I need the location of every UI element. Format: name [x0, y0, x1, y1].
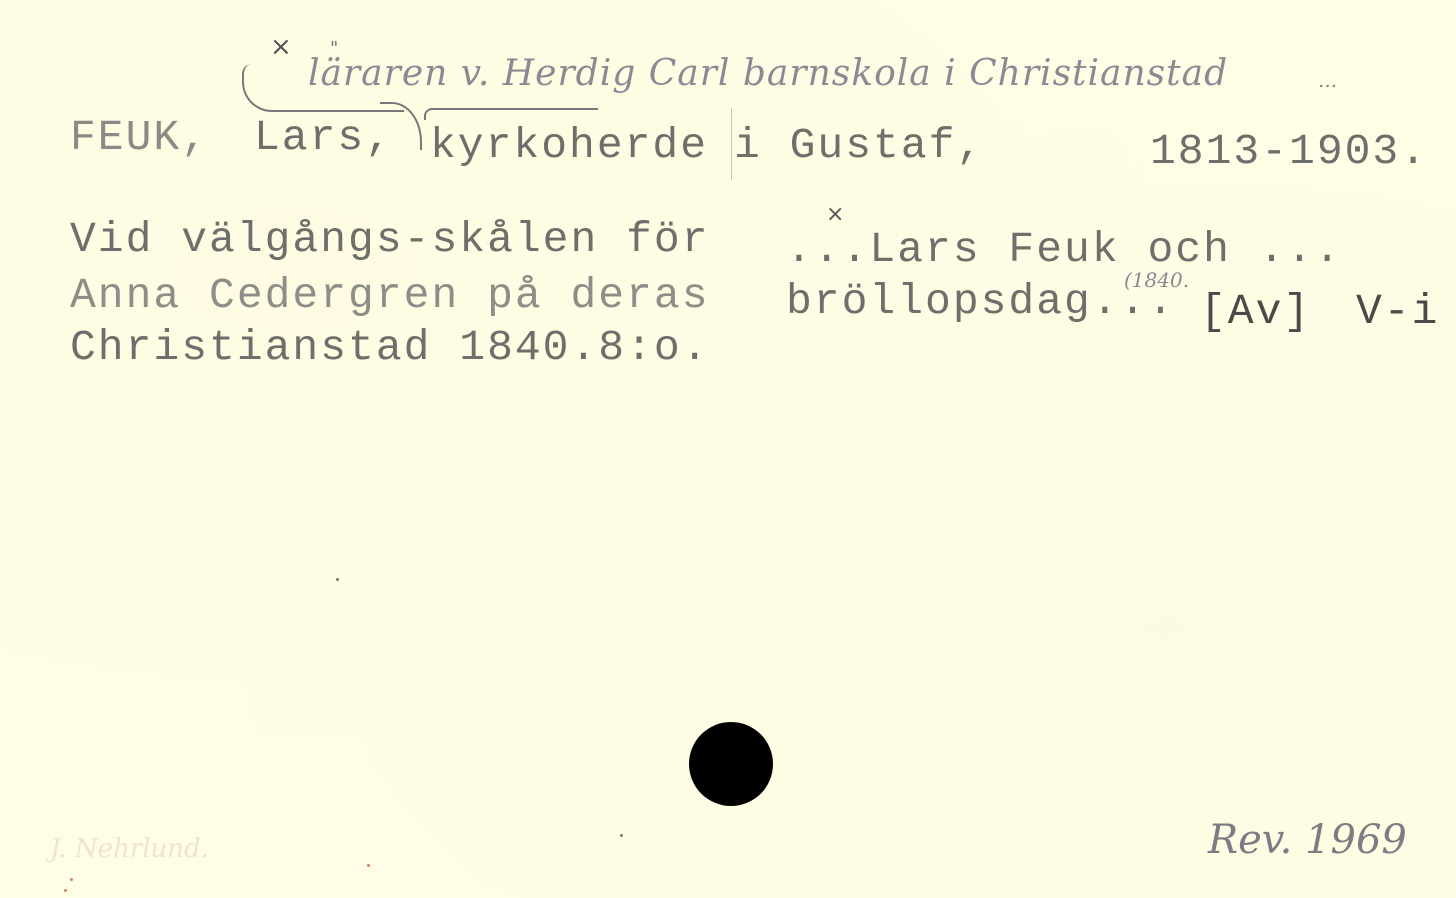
punch-hole: [689, 722, 773, 806]
handwritten-annotation: läraren v. Herdig Carl barnskola i Chris…: [308, 56, 1228, 92]
body-line3: Christianstad 1840.8:o.: [70, 326, 710, 369]
body-line1-right: ...Lars Feuk och ...: [786, 228, 1342, 271]
heading-surname: FEUK,: [70, 116, 209, 159]
body-line1-left: Vid välgångs-skålen för: [70, 218, 710, 261]
heading-dates: 1813-1903.: [1150, 130, 1428, 173]
paper-speck: [70, 878, 73, 881]
body-line2-author: [Av]: [1200, 290, 1311, 333]
handwritten-annotation-ellipsis: ...: [1318, 70, 1337, 90]
heading-place: i Gustaf,: [734, 124, 984, 167]
cross-marker-icon: ×: [826, 204, 844, 226]
heading-title: kyrkoherde: [430, 124, 708, 167]
annotation-bracket-overline: [424, 108, 598, 120]
revision-note: Rev. 1969: [1208, 820, 1407, 860]
pencil-divider-mark: [731, 108, 732, 180]
paper-speck: [367, 864, 370, 867]
paper-speck: [336, 578, 339, 581]
heading-forename: Lars,: [254, 116, 393, 159]
paper-speck: [620, 834, 623, 837]
cross-marker-icon: ×: [270, 34, 292, 60]
handwritten-year-insert: (1840.: [1124, 270, 1189, 290]
body-line2-right: bröllopsdag...: [786, 280, 1175, 323]
catalog-card: × " läraren v. Herdig Carl barnskola i C…: [0, 0, 1456, 898]
faint-signature: J. Nehrlund.: [50, 836, 209, 862]
body-line2-left: Anna Cedergren på deras: [70, 274, 710, 317]
body-line2-end: V-i: [1356, 290, 1439, 333]
paper-speck: [64, 889, 67, 892]
